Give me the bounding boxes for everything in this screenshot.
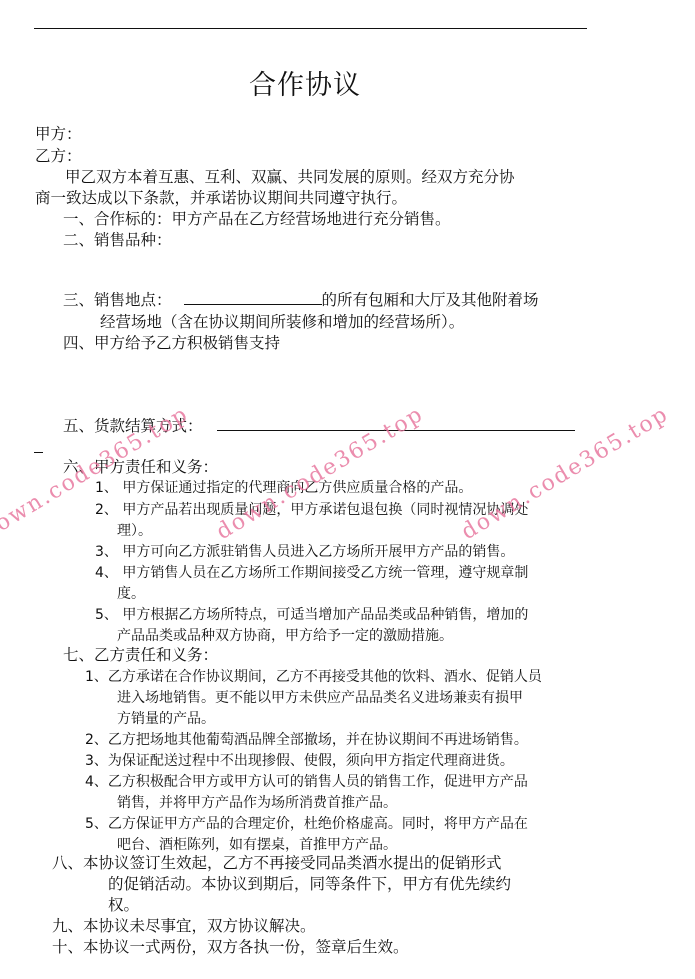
section-2: 二、销售品种：: [63, 230, 172, 250]
s7-item-5-cont: 吧台、酒柜陈列，如有摆桌，首推甲方产品。: [117, 835, 397, 855]
s7-item-1-cont-1: 进入场地销售。更不能以甲方未供应产品品类名义进场兼卖有损甲: [117, 688, 523, 708]
s7-item-1-cont-2: 方销量的产品。: [117, 709, 215, 729]
section-4: 四、甲方给予乙方积极销售支持: [63, 333, 280, 353]
s6-item-3: 3、 甲方可向乙方派驻销售人员进入乙方场所开展甲方产品的销售。: [95, 542, 514, 562]
section-8: 八、本协议签订生效起，乙方不再接受同品类酒水提出的促销形式: [52, 853, 502, 873]
s6-item-5-cont: 产品品类或品种双方协商，甲方给予一定的激励措施。: [117, 626, 453, 646]
s6-item-4: 4、 甲方销售人员在乙方场所工作期间接受乙方统一管理，遵守规章制: [95, 563, 528, 583]
section-8-cont-1: 的促销活动。本协议到期后，同等条件下，甲方有优先续约: [108, 874, 511, 894]
s6-item-5: 5、 甲方根据乙方场所特点，可适当增加产品品类或品种销售，增加的: [95, 605, 528, 625]
s7-item-2: 2、乙方把场地其他葡萄酒品牌全部撤场，并在协议期间不再进场销售。: [85, 730, 528, 750]
section-3-suffix: 的所有包厢和大厅及其他附着场: [322, 291, 539, 309]
s7-item-4-cont: 销售，并将甲方产品作为场所消费首推产品。: [117, 793, 397, 813]
section-10: 十、本协议一式两份，双方各执一份，签章后生效。: [52, 937, 409, 957]
section-3-label: 三、销售地点：: [63, 291, 172, 309]
section-8-cont-2: 权。: [108, 895, 139, 915]
party-a-label: 甲方：: [35, 124, 82, 144]
section-3: 三、销售地点：的所有包厢和大厅及其他附着场: [63, 290, 539, 310]
s6-item-2: 2、 甲方产品若出现质量问题，甲方承诺包退包换（同时视情况协调处: [95, 500, 528, 520]
section-9: 九、本协议未尽事宜，双方协议解决。: [52, 916, 316, 936]
section-1: 一、合作标的：甲方产品在乙方经营场地进行充分销售。: [63, 209, 451, 229]
header-rule: [34, 28, 587, 29]
s7-item-4: 4、乙方积极配合甲方或甲方认可的销售人员的销售工作，促进甲方产品: [85, 772, 528, 792]
s7-item-1: 1、乙方承诺在合作协议期间，乙方不再接受其他的饮料、酒水、促销人员: [85, 667, 542, 687]
s6-item-2-cont: 理）。: [117, 521, 152, 541]
document-title: 合作协议: [0, 63, 610, 102]
intro-line-2: 商一致达成以下条款，并承诺协议期间共同遵守执行。: [35, 188, 407, 208]
section-7: 七、乙方责任和义务：: [63, 645, 218, 665]
stray-dash: [34, 452, 43, 453]
intro-line-1: 甲乙双方本着互惠、互利、双赢、共同发展的原则。经双方充分协: [65, 167, 515, 187]
s7-item-3: 3、为保证配送过程中不出现掺假、使假，须向甲方指定代理商进货。: [85, 751, 514, 771]
s6-item-4-cont: 度。: [117, 584, 145, 604]
s7-item-5: 5、乙方保证甲方产品的合理定价，杜绝价格虚高。同时，将甲方产品在: [85, 814, 528, 834]
party-b-label: 乙方：: [35, 146, 82, 166]
section-3-line-2: 经营场地（含在协议期间所装修和增加的经营场所）。: [100, 312, 464, 332]
sales-location-blank[interactable]: [184, 290, 322, 305]
